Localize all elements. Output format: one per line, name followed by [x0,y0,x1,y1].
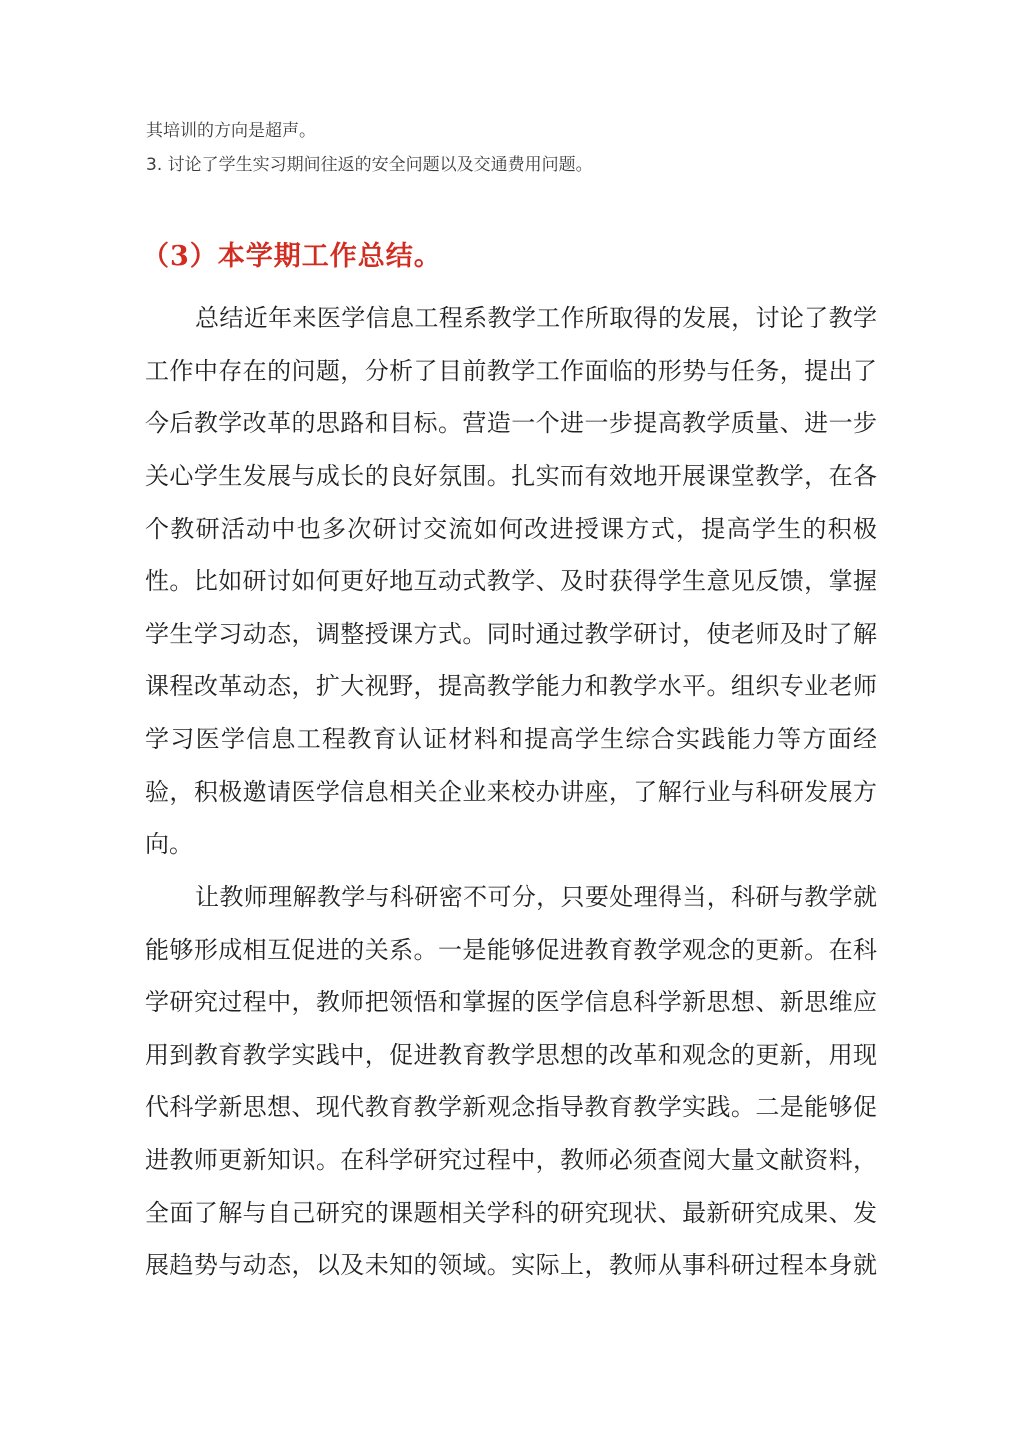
paragraph-teaching-research: 让教师理解教学与科研密不可分，只要处理得当，科研与教学就 能够形成相互促进的关系… [145,871,877,1292]
paragraph-line: 学研究过程中，教师把领悟和掌握的医学信息科学新思想、新思维应 [145,976,877,1029]
paragraph-line: 用到教育教学实践中，促进教育教学思想的改革和观念的更新，用现 [145,1029,877,1082]
document-page: 其培训的方向是超声。 3. 讨论了学生实习期间往返的安全问题以及交通费用问题。 … [0,0,1024,1448]
paragraph-line: 关心学生发展与成长的良好氛围。扎实而有效地开展课堂教学，在各 [145,450,877,503]
paragraph-line: 能够形成相互促进的关系。一是能够促进教育教学观念的更新。在科 [145,924,877,977]
paragraph-line: 验，积极邀请医学信息相关企业来校办讲座，了解行业与科研发展方 [145,766,877,819]
paragraph-line: 课程改革动态，扩大视野，提高教学能力和教学水平。组织专业老师 [145,660,877,713]
paragraph-line: 性。比如研讨如何更好地互动式教学、及时获得学生意见反馈，掌握 [145,555,877,608]
paragraph-line: 工作中存在的问题，分析了目前教学工作面临的形势与任务，提出了 [145,345,877,398]
body-text: 总结近年来医学信息工程系教学工作所取得的发展，讨论了教学 工作中存在的问题，分析… [145,292,877,1292]
paragraph-summary: 总结近年来医学信息工程系教学工作所取得的发展，讨论了教学 工作中存在的问题，分析… [145,292,877,871]
section-heading: （3）本学期工作总结。 [142,234,442,273]
paragraph-line: 代科学新思想、现代教育教学新观念指导教育教学实践。二是能够促 [145,1081,877,1134]
top-notes: 其培训的方向是超声。 3. 讨论了学生实习期间往返的安全问题以及交通费用问题。 [146,114,886,182]
paragraph-line: 全面了解与自己研究的课题相关学科的研究现状、最新研究成果、发 [145,1187,877,1240]
paragraph-line: 学生学习动态，调整授课方式。同时通过教学研讨，使老师及时了解 [145,608,877,661]
note-line-item-3: 3. 讨论了学生实习期间往返的安全问题以及交通费用问题。 [146,148,886,182]
paragraph-line: 向。 [145,818,877,871]
paragraph-line: 展趋势与动态，以及未知的领域。实际上，教师从事科研过程本身就 [145,1239,877,1292]
paragraph-line: 总结近年来医学信息工程系教学工作所取得的发展，讨论了教学 [145,292,877,345]
paragraph-line: 进教师更新知识。在科学研究过程中，教师必须查阅大量文献资料， [145,1134,877,1187]
paragraph-line: 让教师理解教学与科研密不可分，只要处理得当，科研与教学就 [145,871,877,924]
note-line-ultrasound: 其培训的方向是超声。 [146,114,886,148]
paragraph-line: 今后教学改革的思路和目标。营造一个进一步提高教学质量、进一步 [145,397,877,450]
paragraph-line: 个教研活动中也多次研讨交流如何改进授课方式，提高学生的积极 [145,503,877,556]
paragraph-line: 学习医学信息工程教育认证材料和提高学生综合实践能力等方面经 [145,713,877,766]
